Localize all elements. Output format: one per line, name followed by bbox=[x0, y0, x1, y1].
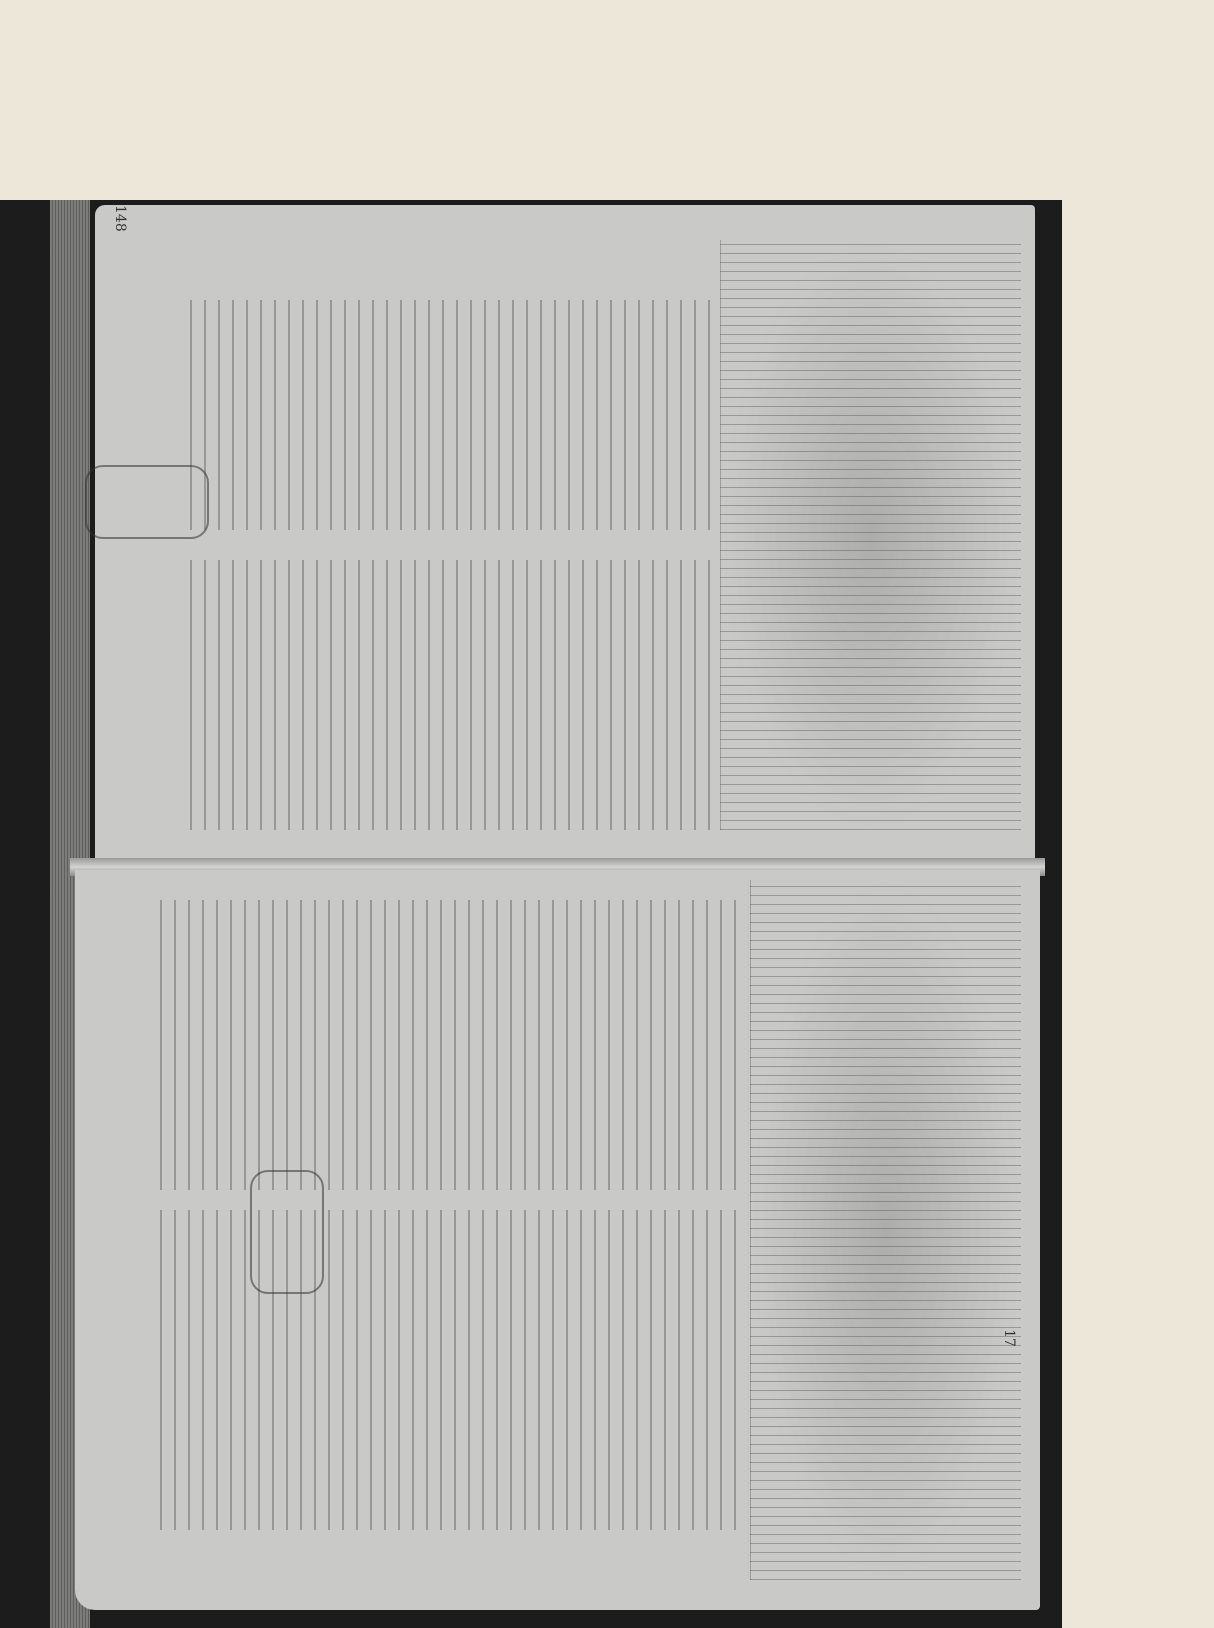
lower-figures-row bbox=[750, 880, 1021, 1580]
folio-mark: 17 bbox=[1001, 1329, 1017, 1347]
lower-text-column-left bbox=[160, 900, 740, 1190]
decorated-initial bbox=[85, 465, 209, 539]
upper-text-column-right bbox=[190, 300, 710, 530]
upper-text-column-left bbox=[190, 560, 710, 830]
decorated-initial bbox=[250, 1170, 324, 1294]
lower-text-column-right bbox=[160, 1210, 740, 1530]
page-number: 148 bbox=[112, 205, 128, 232]
upper-figures-row bbox=[720, 240, 1021, 830]
